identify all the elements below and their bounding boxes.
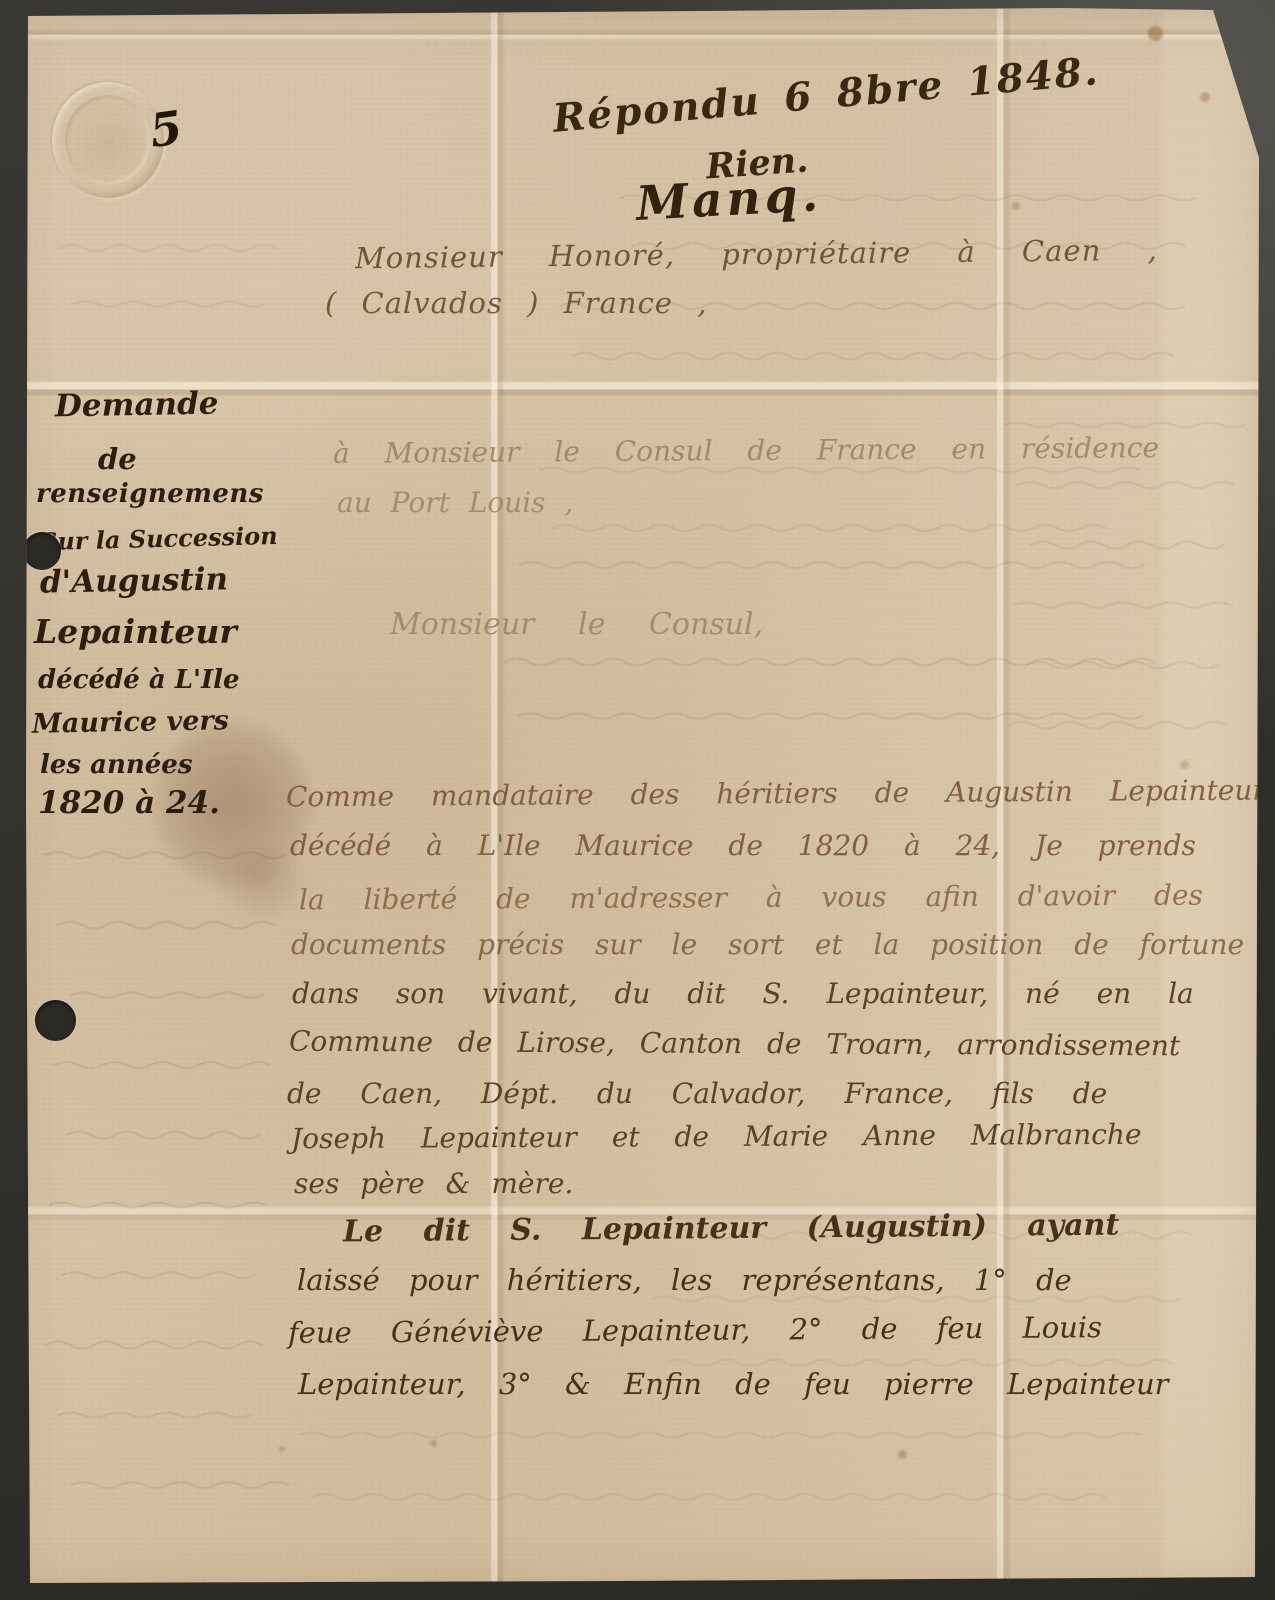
foxing-spot bbox=[898, 1450, 907, 1459]
body-line: décédé à L'Ile Maurice de 1820 à 24, Je … bbox=[290, 832, 1196, 860]
recipient-line: au Port Louis , bbox=[337, 489, 573, 517]
photo-mat-background: 5 Répondu 6 8bre 1848. Rien. Manq. Monsi… bbox=[0, 0, 1275, 1600]
margin-note-line: 1820 à 24. bbox=[38, 788, 220, 819]
foxing-spot bbox=[1148, 26, 1163, 41]
recipient-line: à Monsieur le Consul de France en réside… bbox=[333, 434, 1159, 468]
margin-note-line: Demande bbox=[55, 389, 219, 423]
foxing-spot bbox=[430, 1440, 437, 1447]
body-line: la liberté de m'adresser à vous afin d'a… bbox=[299, 882, 1203, 915]
body-line: Commune de Lirose, Canton de Troarn, arr… bbox=[289, 1028, 1180, 1061]
salutation: Monsieur le Consul, bbox=[390, 610, 763, 640]
margin-note-line: décédé à L'Ile bbox=[38, 667, 240, 693]
punch-hole-top bbox=[23, 532, 61, 570]
punch-hole-bottom bbox=[35, 1000, 76, 1041]
body-line: ses père & mère. bbox=[294, 1170, 573, 1198]
foxing-spot bbox=[1180, 760, 1189, 769]
foxing-spot bbox=[1200, 92, 1210, 102]
body-line: dans son vivant, du dit S. Lepainteur, n… bbox=[292, 980, 1194, 1008]
page-number: 5 bbox=[147, 104, 185, 154]
body-line: Joseph Lepainteur et de Marie Anne Malbr… bbox=[291, 1121, 1142, 1153]
docket-note-manq: Manq. bbox=[635, 171, 823, 228]
margin-note-line: d'Augustin bbox=[40, 564, 229, 598]
margin-note-line: les années bbox=[40, 752, 192, 778]
body-line: feue Généviève Lepainteur, 2° de feu Lou… bbox=[288, 1313, 1102, 1348]
body-line: Lepainteur, 3° & Enfin de feu pierre Lep… bbox=[298, 1370, 1169, 1399]
foxing-spot bbox=[1012, 202, 1020, 210]
margin-note-line: de bbox=[98, 445, 137, 474]
letter-paper: 5 Répondu 6 8bre 1848. Rien. Manq. Monsi… bbox=[0, 0, 1275, 1600]
body-line: documents précis sur le sort et la posit… bbox=[291, 931, 1244, 959]
body-line: Comme mandataire des héritiers de August… bbox=[286, 777, 1266, 812]
embossed-seal-stamp bbox=[52, 82, 164, 198]
body-line: de Caen, Dépt. du Calvador, France, fils… bbox=[287, 1080, 1107, 1108]
address-line: Monsieur Honoré, propriétaire à Caen , bbox=[355, 236, 1158, 273]
address-line: ( Calvados ) France , bbox=[325, 289, 707, 318]
margin-note-line: renseignemens bbox=[36, 481, 264, 507]
margin-note-line: Lepainteur bbox=[34, 615, 237, 648]
body-line: laissé pour héritiers, les représentans,… bbox=[297, 1266, 1072, 1295]
body-line: Le dit S. Lepainteur (Augustin) ayant bbox=[343, 1211, 1119, 1248]
margin-note-line: Sur la Succession bbox=[40, 524, 278, 554]
foxing-spot bbox=[279, 1446, 285, 1452]
margin-note-line: Maurice vers bbox=[32, 707, 229, 737]
